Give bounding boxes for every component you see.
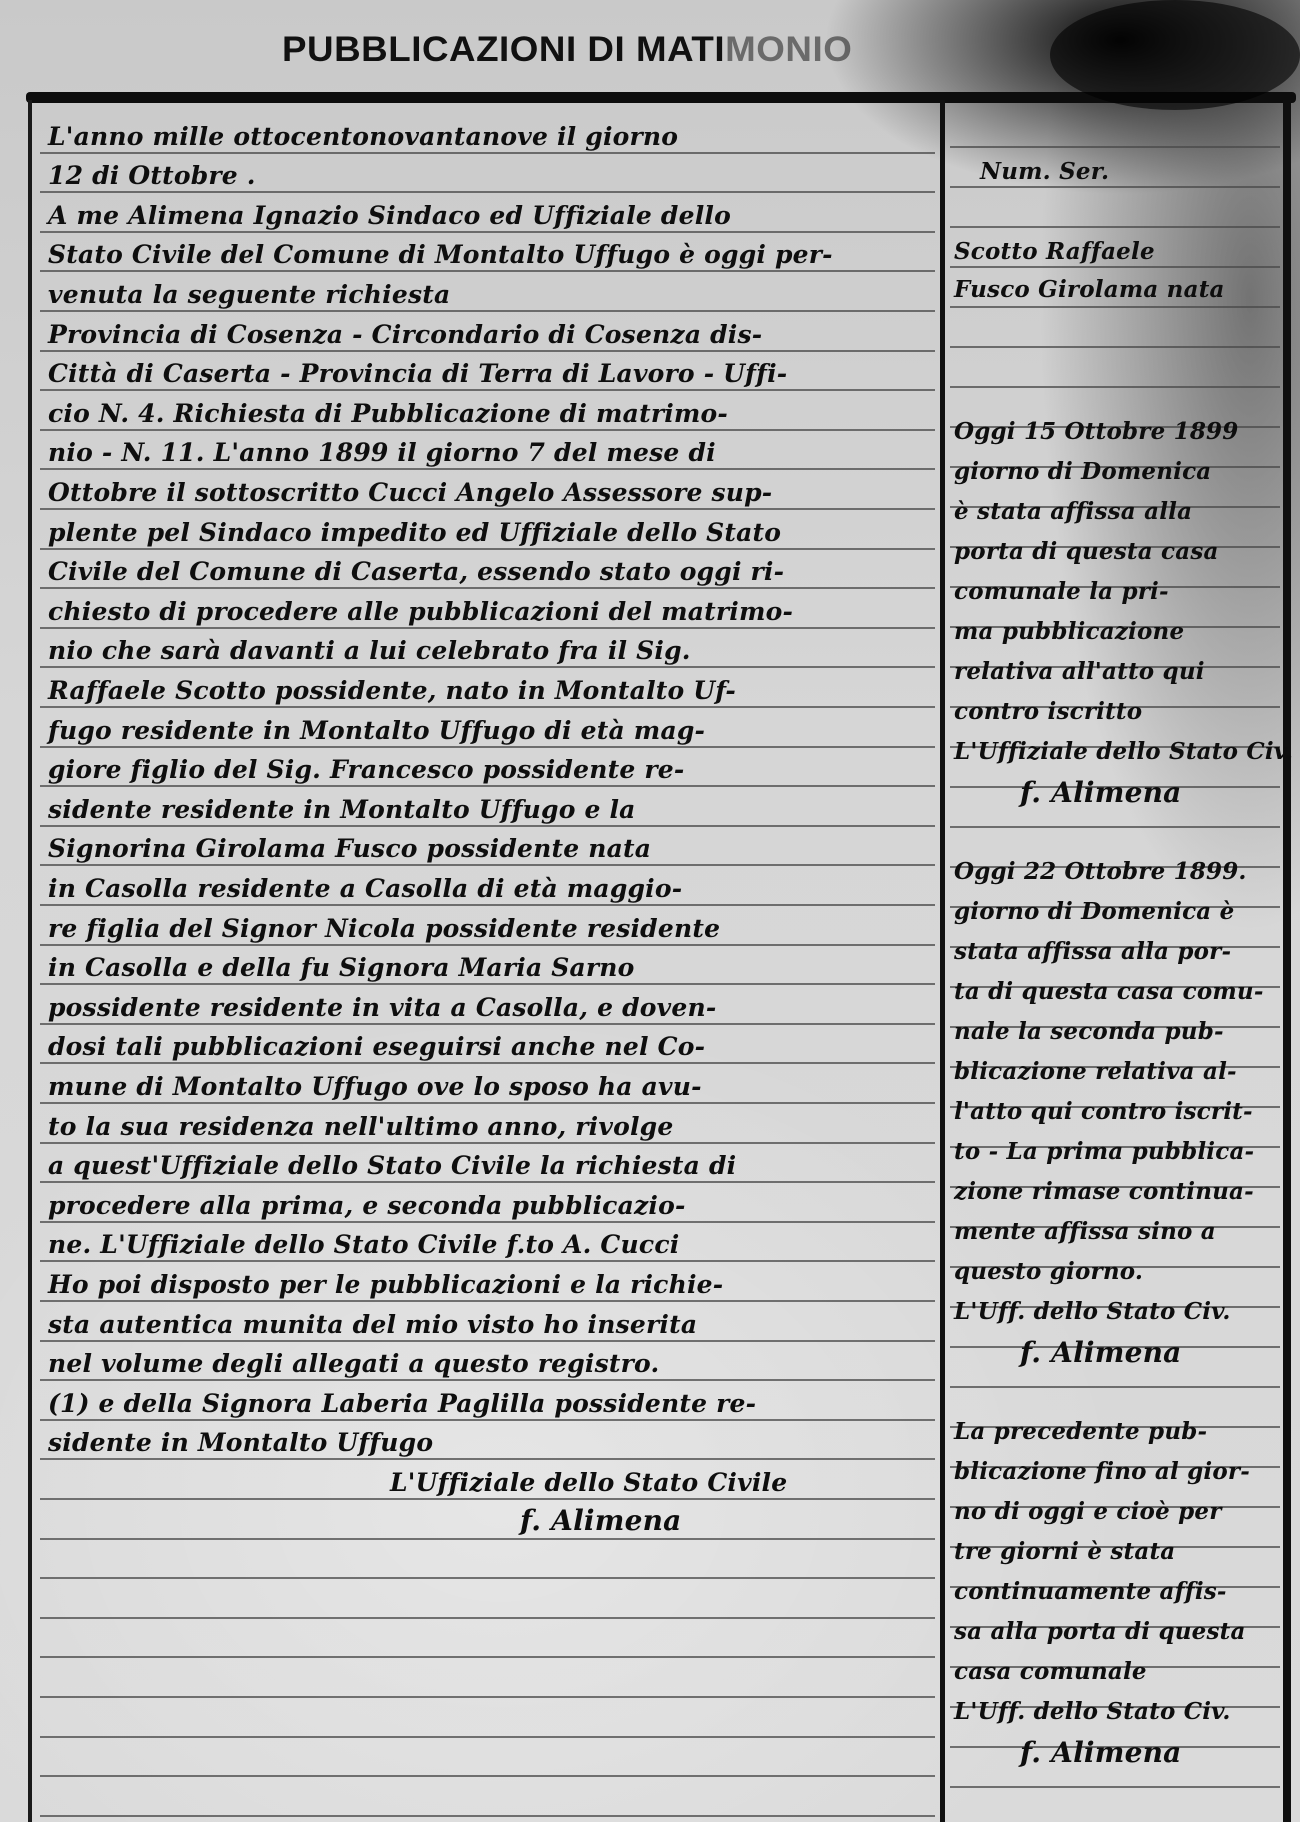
signature: f. Alimena	[1020, 1736, 1181, 1769]
notice-line: La precedente pub-	[954, 1418, 1207, 1445]
text-line: nel volume degli allegati a questo regis…	[48, 1349, 659, 1378]
text-line: nio che sarà davanti a lui celebrato fra…	[48, 636, 691, 665]
notice-line: giorno di Domenica	[954, 458, 1211, 485]
text-line: Raffaele Scotto possidente, nato in Mont…	[48, 676, 736, 705]
text-line: fugo residente in Montalto Uffugo di età…	[48, 716, 705, 745]
text-line: Città di Caserta - Provincia di Terra di…	[48, 359, 787, 388]
text-line: re figlia del Signor Nicola possidente r…	[48, 914, 720, 943]
notice-line: tre giorni è stata	[954, 1538, 1175, 1565]
signature: f. Alimena	[1020, 776, 1181, 809]
text-line: Civile del Comune di Caserta, essendo st…	[48, 557, 784, 586]
notice-line: ta di questa casa comu-	[954, 978, 1264, 1005]
text-line: Ho poi disposto per le pubblicazioni e l…	[48, 1270, 723, 1299]
signature: f. Alimena	[520, 1504, 681, 1537]
text-line: possidente residente in vita a Casolla, …	[48, 993, 716, 1022]
text-line: ne. L'Uffiziale dello Stato Civile f.to …	[48, 1230, 679, 1259]
text-line: venuta la seguente richiesta	[48, 280, 450, 309]
text-line: a quest'Uffiziale dello Stato Civile la …	[48, 1151, 736, 1180]
notice-line: sa alla porta di questa	[954, 1618, 1246, 1645]
text-line: Ottobre il sottoscritto Cucci Angelo Ass…	[48, 478, 772, 507]
text-line: 12 di Ottobre .	[48, 161, 256, 190]
main-column: L'anno mille ottocentonovantanove il gio…	[40, 100, 935, 1822]
notice-line: zione rimase continua-	[954, 1178, 1254, 1205]
notice-line: contro iscritto	[954, 698, 1142, 725]
text-line: procedere alla prima, e seconda pubblica…	[48, 1191, 686, 1220]
signature-title: L'Uffiziale dello Stato Civile	[390, 1468, 787, 1497]
notice-line: comunale la pri-	[954, 578, 1169, 605]
notice-line: L'Uffiziale dello Stato Civ.	[954, 738, 1293, 765]
text-line: (1) e della Signora Laberia Paglilla pos…	[48, 1389, 756, 1418]
text-line: Signorina Girolama Fusco possidente nata	[48, 834, 651, 863]
notice-line: stata affissa alla por-	[954, 938, 1231, 965]
text-line: in Casolla e della fu Signora Maria Sarn…	[48, 953, 635, 982]
text-line: giore figlio del Sig. Francesco possiden…	[48, 755, 684, 784]
notice-line: casa comunale	[954, 1658, 1147, 1685]
text-line: Provincia di Cosenza - Circondario di Co…	[48, 320, 762, 349]
text-line: Stato Civile del Comune di Montalto Uffu…	[48, 240, 833, 269]
notice-line: è stata affissa alla	[954, 498, 1192, 525]
text-line: nio - N. 11. L'anno 1899 il giorno 7 del…	[48, 438, 716, 467]
notice-line: l'atto qui contro iscrit-	[954, 1098, 1253, 1125]
text-line: to la sua residenza nell'ultimo anno, ri…	[48, 1112, 673, 1141]
text-line: sidente residente in Montalto Uffugo e l…	[48, 795, 636, 824]
text-line: mune di Montalto Uffugo ove lo sposo ha …	[48, 1072, 702, 1101]
notice-line: blicazione fino al gior-	[954, 1458, 1250, 1485]
notice-line: Oggi 15 Ottobre 1899	[954, 418, 1238, 445]
text-line: sta autentica munita del mio visto ho in…	[48, 1310, 697, 1339]
notice-line: no di oggi e cioè per	[954, 1498, 1222, 1525]
side-column: Num. Ser. Scotto Raffaele Fusco Girolama…	[950, 100, 1280, 1822]
text-line: A me Alimena Ignazio Sindaco ed Uffizial…	[48, 201, 731, 230]
text-line: sidente in Montalto Uffugo	[48, 1428, 433, 1457]
text-line: chiesto di procedere alle pubblicazioni …	[48, 597, 793, 626]
text-line: L'anno mille ottocentonovantanove il gio…	[48, 122, 678, 151]
notice-line: mente affissa sino a	[954, 1218, 1216, 1245]
header-title-faded: MONIO	[725, 30, 852, 69]
notice-line: continuamente affis-	[954, 1578, 1227, 1605]
notice-line: giorno di Domenica è	[954, 898, 1234, 925]
notice-line: L'Uff. dello Stato Civ.	[954, 1298, 1231, 1325]
signature: f. Alimena	[1020, 1336, 1181, 1369]
text-line: dosi tali pubblicazioni eseguirsi anche …	[48, 1032, 705, 1061]
spouse-name: Scotto Raffaele	[954, 238, 1155, 265]
notice-line: questo giorno.	[954, 1258, 1143, 1285]
notice-line: relativa all'atto qui	[954, 658, 1205, 685]
register-page: PUBBLICAZIONI DI MATIMONIO L'anno mille …	[0, 0, 1300, 1822]
text-line: cio N. 4. Richiesta di Pubblicazione di …	[48, 399, 728, 428]
notice-line: ma pubblicazione	[954, 618, 1184, 645]
header-title-text: PUBBLICAZIONI DI MATI	[282, 30, 725, 69]
notice-line: porta di questa casa	[954, 538, 1219, 565]
page-header: PUBBLICAZIONI DI MATIMONIO	[282, 30, 852, 70]
text-line: in Casolla residente a Casolla di età ma…	[48, 874, 682, 903]
notice-line: nale la seconda pub-	[954, 1018, 1224, 1045]
text-line: plente pel Sindaco impedito ed Uffiziale…	[48, 518, 781, 547]
notice-line: Oggi 22 Ottobre 1899.	[954, 858, 1247, 885]
right-margin-rule	[1283, 100, 1291, 1822]
notice-line: L'Uff. dello Stato Civ.	[954, 1698, 1231, 1725]
spouse-name: Fusco Girolama nata	[954, 276, 1225, 303]
notice-line: to - La prima pubblica-	[954, 1138, 1254, 1165]
column-heading: Num. Ser.	[980, 158, 1109, 185]
notice-line: blicazione relativa al-	[954, 1058, 1237, 1085]
column-divider	[940, 100, 945, 1822]
left-margin-rule	[28, 100, 32, 1822]
